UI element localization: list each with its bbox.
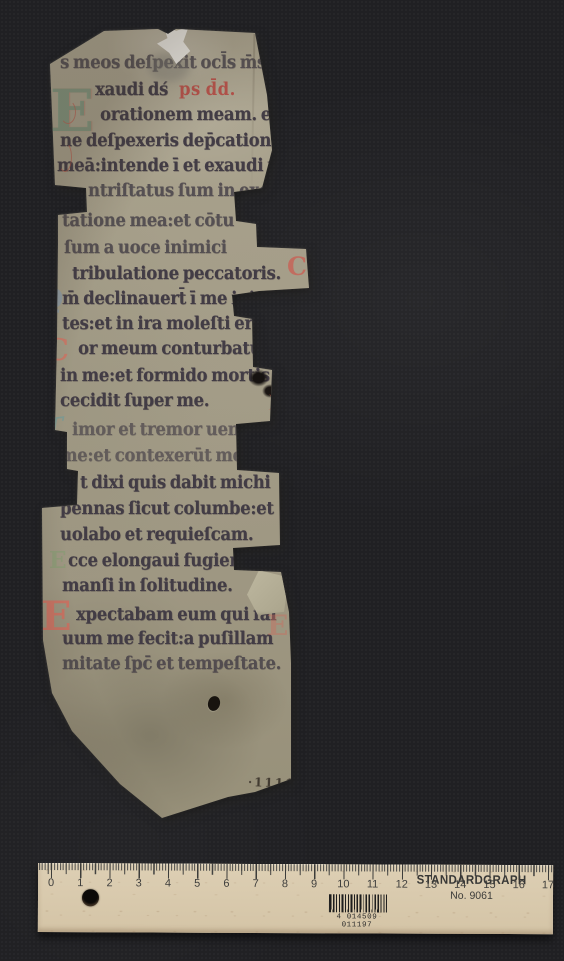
ruler-number: 1 — [77, 877, 83, 889]
text-line: cecidit ſuper me. — [60, 392, 209, 410]
ruler-number: 10 — [337, 878, 349, 890]
initial-filigree — [60, 100, 76, 124]
ink-blot — [246, 366, 274, 390]
text-line: tatione mea:et cōtu — [62, 212, 234, 230]
text-line: ſum a uoce inimici — [64, 239, 227, 257]
fold-crease — [251, 34, 256, 199]
ruler: 01234567891011121314151617 4 014509 0111… — [38, 863, 553, 934]
text-line: cce elongaui fugiens:et — [68, 552, 273, 570]
text-line: tes:et in ira moleſti erāt m̄. — [62, 315, 297, 333]
ruler-number: 17 — [542, 879, 554, 891]
barcode-bars — [329, 894, 387, 912]
text-line: mitate ſpc̄ et tempeſtate. — [62, 655, 281, 673]
exaudi-initial: E — [50, 82, 94, 140]
red-flourish — [262, 394, 274, 410]
text-line: or meum conturbatum. ē — [78, 340, 298, 358]
tear-patch — [157, 27, 192, 64]
ruler-number: 0 — [48, 877, 54, 889]
text-line: uum me fecit:a puſillam — [62, 630, 273, 648]
text-line: m̄ declinauert̄ ī me iniq — [62, 290, 266, 308]
rubric-text: ps d̄d. — [179, 79, 236, 100]
ruler-number: 2 — [106, 877, 112, 889]
ruler-hole — [82, 889, 99, 906]
text-line: meā:intende ī et exaudi me. — [57, 157, 300, 175]
tab-initial: C — [287, 254, 307, 279]
ruler-number: 7 — [253, 878, 259, 890]
text-line: ntriſtatus ſum in exerci — [88, 182, 293, 200]
text-line-part: xaudi dś — [95, 79, 168, 100]
text-line: xpectabam eum qui ſal — [76, 606, 276, 624]
ecce-initial: E — [49, 549, 67, 572]
tear-smudge — [148, 52, 190, 82]
ruler-number: 9 — [311, 878, 317, 890]
ruler-number: 6 — [223, 878, 229, 890]
ruler-model: No. 9061 — [404, 890, 539, 903]
folded-flap — [243, 566, 293, 618]
ruler-number: 11 — [367, 878, 378, 890]
text-line: in me:et formido mortis — [60, 367, 270, 385]
text-line: s meos deſpexit ocl̄s m̄s. — [60, 54, 271, 72]
ruler-number: 4 — [165, 878, 171, 890]
text-line: me:et contexerūt me tene — [60, 447, 286, 465]
text-line: tribulatione peccatoris. — [72, 265, 281, 283]
quoniam-initial: Q — [40, 286, 64, 313]
initial-filigree — [58, 142, 72, 172]
ruler-number: 8 — [282, 878, 288, 890]
photo-canvas: s meos deſpexit ocl̄s m̄s. xaudi dśps d̄… — [0, 0, 564, 961]
barcode: 4 014509 011197 — [326, 893, 388, 925]
barcode-digits: 4 014509 011197 — [326, 913, 388, 929]
ruler-brand: STANDARDGRAPH — [409, 873, 533, 888]
cor-initial: C — [45, 336, 69, 366]
text-line: uolabo et requieſcam. — [60, 526, 253, 544]
manuscript-fragment: s meos deſpexit ocl̄s m̄s. xaudi dśps d̄… — [0, 0, 564, 961]
expectabam-initial: E — [41, 597, 72, 637]
text-line: xaudi dśps d̄d. — [95, 81, 236, 99]
manuscript-fragment-wrap: s meos deſpexit ocl̄s m̄s. xaudi dśps d̄… — [0, 0, 564, 961]
ruler-number: 3 — [136, 877, 142, 889]
text-line: orationem meam. et — [100, 106, 278, 124]
text-line: manſi in ſolitudine. — [62, 577, 233, 595]
timor-initial: T — [41, 413, 65, 440]
ruler-number: 5 — [194, 878, 200, 890]
text-line: pennas ſicut columbe:et — [60, 500, 274, 518]
edge-initial: E — [267, 612, 288, 640]
text-line: ne deſpexeris dep̄cationem — [60, 132, 298, 150]
wormhole — [206, 695, 221, 713]
text-line: imor et tremor uenerūt ſup — [72, 421, 311, 439]
shelfmark-stamp: ·1111· — [248, 775, 302, 791]
text-line: t dixi quis dabit michi — [80, 474, 270, 492]
ink-blot — [262, 384, 278, 398]
